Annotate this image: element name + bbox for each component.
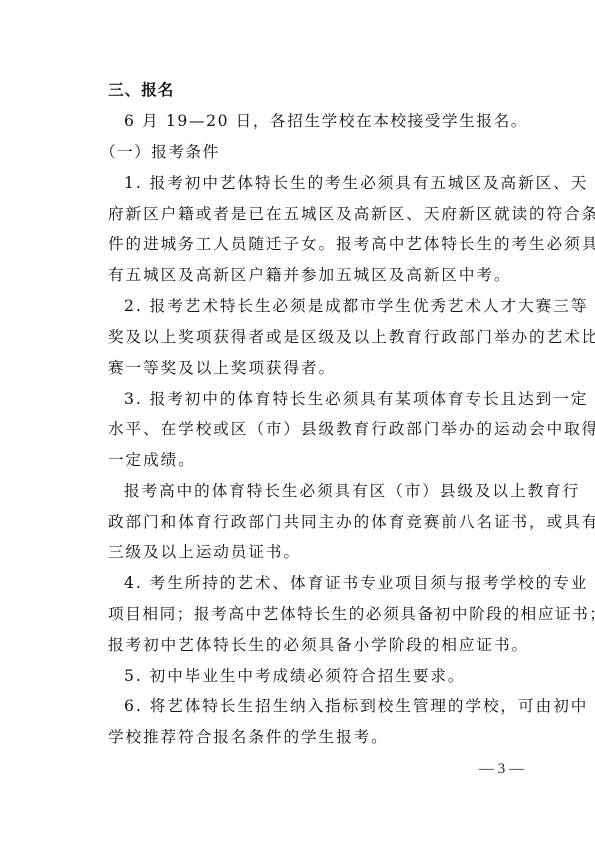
paragraph-line: 报考高中的体育特长生必须具有区（市）县级及以上教育行 <box>124 481 534 501</box>
paragraph-line: 1. 报考初中艺体特长生的考生必须具有五城区及高新区、天 <box>124 173 534 193</box>
paragraph-line: 三级及以上运动员证书。 <box>108 542 518 562</box>
paragraph-line: 报考初中艺体特长生的必须具备小学阶段的相应证书。 <box>108 635 518 655</box>
paragraph-line: 项目相同；报考高中艺体特长生的必须具备初中阶段的相应证书； <box>108 604 518 624</box>
section-heading: 三、报名 <box>108 80 518 100</box>
paragraph-line: 政部门和体育行政部门共同主办的体育竞赛前八名证书，或具有 <box>108 512 518 532</box>
paragraph-line: 有五城区及高新区户籍并参加五城区及高新区中考。 <box>108 265 518 285</box>
paragraph-line: 3. 报考初中的体育特长生必须具有某项体育专长且达到一定 <box>124 389 534 409</box>
paragraph-line: 学校推荐符合报名条件的学生报考。 <box>108 727 518 747</box>
intro-paragraph: 6 月 19—20 日，各招生学校在本校接受学生报名。 <box>124 111 534 131</box>
paragraph-line: 件的进城务工人员随迁子女。报考高中艺体特长生的考生必须具 <box>108 234 518 254</box>
paragraph-line: 水平、在学校或区（市）县级教育行政部门举办的运动会中取得 <box>108 419 518 439</box>
paragraph-line: 赛一等奖及以上奖项获得者。 <box>108 358 518 378</box>
subsection-heading: （一）报考条件 <box>100 142 510 162</box>
paragraph-line: 奖及以上奖项获得者或是区级及以上教育行政部门举办的艺术比 <box>108 327 518 347</box>
document-page: 三、报名 6 月 19—20 日，各招生学校在本校接受学生报名。 （一）报考条件… <box>0 0 595 842</box>
page-number: — 3 — <box>479 760 524 778</box>
paragraph-line: 5. 初中毕业生中考成绩必须符合招生要求。 <box>124 666 534 686</box>
paragraph-line: 一定成绩。 <box>108 450 518 470</box>
paragraph-line: 2. 报考艺术特长生必须是成都市学生优秀艺术人才大赛三等 <box>124 296 534 316</box>
paragraph-line: 6. 将艺体特长生招生纳入指标到校生管理的学校，可由初中 <box>124 696 534 716</box>
paragraph-line: 府新区户籍或者是已在五城区及高新区、天府新区就读的符合条 <box>108 204 518 224</box>
paragraph-line: 4. 考生所持的艺术、体育证书专业项目须与报考学校的专业 <box>124 573 534 593</box>
